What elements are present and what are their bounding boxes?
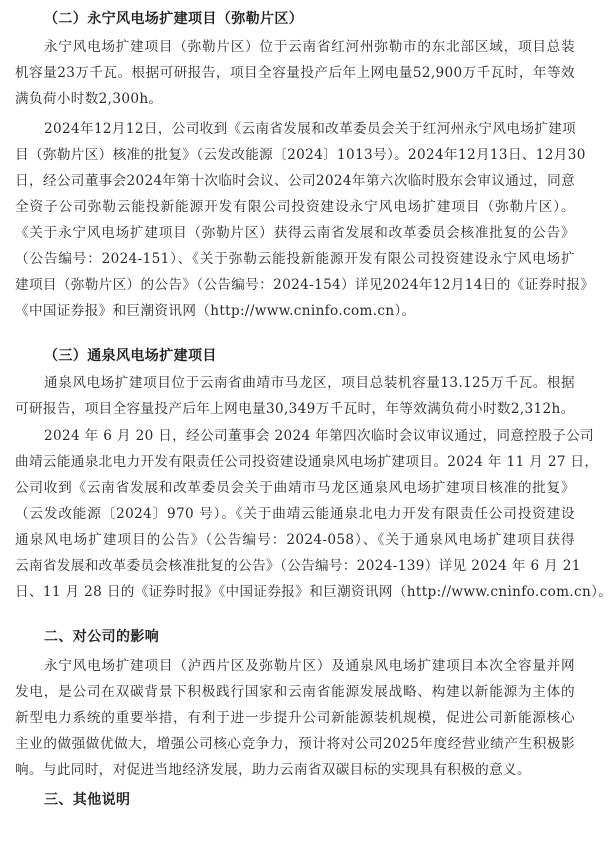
section-heading-impact: 二、对公司的影响 xyxy=(44,628,159,646)
section-heading-yongning-mile: （二）永宁风电场扩建项目（弥勒片区） xyxy=(44,10,303,28)
paragraph-line: 发电，是公司在双碳背景下积极践行国家和云南省能源发展战略、构建以新能源为主体的 xyxy=(15,683,575,701)
paragraph-line: 2024 年 6 月 20 日，经公司董事会 2024 年第四次临时会议审议通过… xyxy=(44,427,575,445)
paragraph-line: 建项目（弥勒片区）的公告》（公告编号：2024-154）详见2024年12月14… xyxy=(15,276,575,294)
paragraph-line: 主业的做强做优做大，增强公司核心竞争力，预计将对公司2025年度经营业绩产生积极… xyxy=(15,735,575,753)
paragraph-line: 曲靖云能通泉北电力开发有限责任公司投资建设通泉风电场扩建项目。2024 年 11… xyxy=(15,453,575,471)
paragraph-line: 响。与此同时，对促进当地经济发展，助力云南省双碳目标的实现具有积极的意义。 xyxy=(15,761,575,779)
paragraph-line: 通泉风电场扩建项目的公告》（公告编号：2024-058）、《关于通泉风电场扩建项… xyxy=(15,531,575,549)
paragraph-line: 云南省发展和改革委员会核准批复的公告》（公告编号：2024-139）详见 202… xyxy=(15,557,575,575)
paragraph-line: 2024年12月12日，公司收到《云南省发展和改革委员会关于红河州永宁风电场扩建… xyxy=(44,120,575,138)
paragraph-line: 可研报告，项目全容量投产后年上网电量30,349万千瓦时，年等效满负荷小时数2,… xyxy=(15,400,575,418)
section-heading-tongquan: （三）通泉风电场扩建项目 xyxy=(44,347,217,365)
document-page: （二）永宁风电场扩建项目（弥勒片区） 永宁风电场扩建项目（弥勒片区）位于云南省红… xyxy=(0,0,608,842)
paragraph-line: 通泉风电场扩建项目位于云南省曲靖市马龙区，项目总装机容量13.125万千瓦。根据 xyxy=(44,374,575,392)
section-heading-other-notes: 三、其他说明 xyxy=(44,791,130,809)
paragraph-line: （云发改能源〔2024〕970 号）。《关于曲靖云能通泉北电力开发有限责任公司投… xyxy=(15,505,575,523)
paragraph-line: （公告编号：2024-151）、《关于弥勒云能投新能源开发有限公司投资建设永宁风… xyxy=(15,250,575,268)
paragraph-line: 永宁风电场扩建项目（泸西片区及弥勒片区）及通泉风电场扩建项目本次全容量并网 xyxy=(44,657,575,675)
paragraph-line: 满负荷小时数2,300h。 xyxy=(15,90,575,108)
paragraph-line: 日、11 月 28 日的《证券时报》《中国证券报》和巨潮资讯网（http://w… xyxy=(15,583,575,601)
paragraph-line: 机容量23万千瓦。根据可研报告，项目全容量投产后年上网电量52,900万千瓦时，… xyxy=(15,64,575,82)
paragraph-line: 全资子公司弥勒云能投新能源开发有限公司投资建设永宁风电场扩建项目（弥勒片区）。 xyxy=(15,198,575,216)
paragraph-line: 《中国证券报》和巨潮资讯网（http://www.cninfo.com.cn）。 xyxy=(15,302,575,320)
paragraph-line: 目（弥勒片区）核准的批复》（云发改能源〔2024〕1013号）。2024年12月… xyxy=(15,146,575,164)
paragraph-line: 日，经公司董事会2024年第十次临时会议、公司2024年第六次临时股东会审议通过… xyxy=(15,172,575,190)
paragraph-line: 新型电力系统的重要举措，有利于进一步提升公司新能源装机规模，促进公司新能源核心 xyxy=(15,709,575,727)
paragraph-line: 公司收到《云南省发展和改革委员会关于曲靖市马龙区通泉风电场扩建项目核准的批复》 xyxy=(15,479,575,497)
paragraph-line: 永宁风电场扩建项目（弥勒片区）位于云南省红河州弥勒市的东北部区域，项目总装 xyxy=(44,38,575,56)
paragraph-line: 《关于永宁风电场扩建项目（弥勒片区）获得云南省发展和改革委员会核准批复的公告》 xyxy=(15,224,575,242)
